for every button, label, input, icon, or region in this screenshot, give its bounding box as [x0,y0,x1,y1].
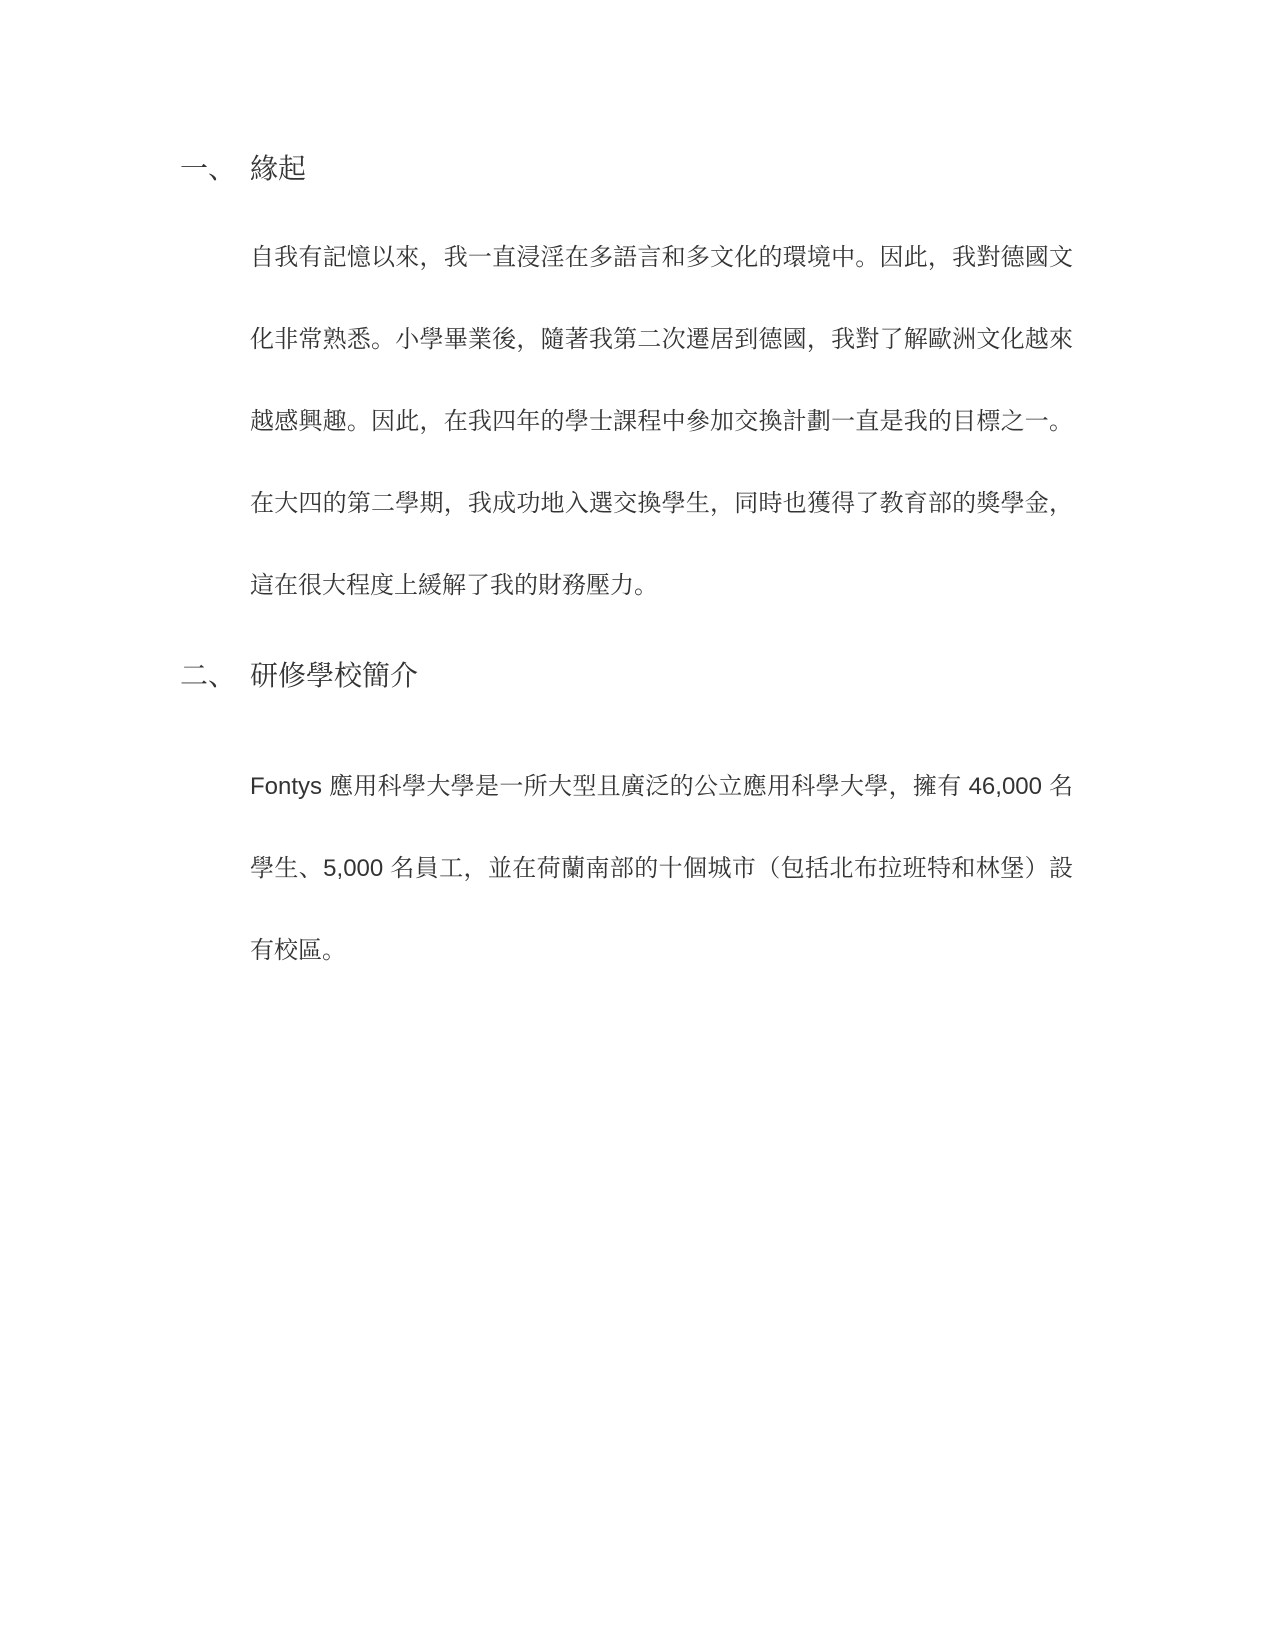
paragraph-line: 這在很大程度上緩解了我的財務壓力。 [250,545,1073,627]
section-2-number: 二、 [180,656,250,696]
section-1-title: 緣起 [250,149,306,189]
paragraph-line: 學生、5,000 名員工，並在荷蘭南部的十個城市（包括北布拉班特和林堡）設 [250,828,1073,910]
paragraph-line: 化非常熟悉。小學畢業後，隨著我第二次遷居到德國，我對了解歐洲文化越來 [250,299,1073,381]
section-2-heading: 二、 研修學校簡介 [180,656,1275,696]
paragraph-line: 自我有記憶以來，我一直浸淫在多語言和多文化的環境中。因此，我對德國文 [250,217,1073,299]
paragraph-line: 越感興趣。因此，在我四年的學士課程中參加交換計劃一直是我的目標之一。 [250,381,1073,463]
paragraph-line: 在大四的第二學期，我成功地入選交換學生，同時也獲得了教育部的獎學金， [250,463,1073,545]
paragraph-line: 有校區。 [250,910,1073,992]
section-1-heading: 一、 緣起 [180,149,1275,189]
section-2-title: 研修學校簡介 [250,656,418,696]
section-1-number: 一、 [180,149,250,189]
paragraph-line: Fontys 應用科學大學是一所大型且廣泛的公立應用科學大學，擁有 46,000… [250,746,1073,828]
section-2-paragraph: Fontys 應用科學大學是一所大型且廣泛的公立應用科學大學，擁有 46,000… [250,746,1073,992]
document-page: 一、 緣起 自我有記憶以來，我一直浸淫在多語言和多文化的環境中。因此，我對德國文… [0,0,1275,1650]
section-1-paragraph: 自我有記憶以來，我一直浸淫在多語言和多文化的環境中。因此，我對德國文 化非常熟悉… [250,217,1073,627]
